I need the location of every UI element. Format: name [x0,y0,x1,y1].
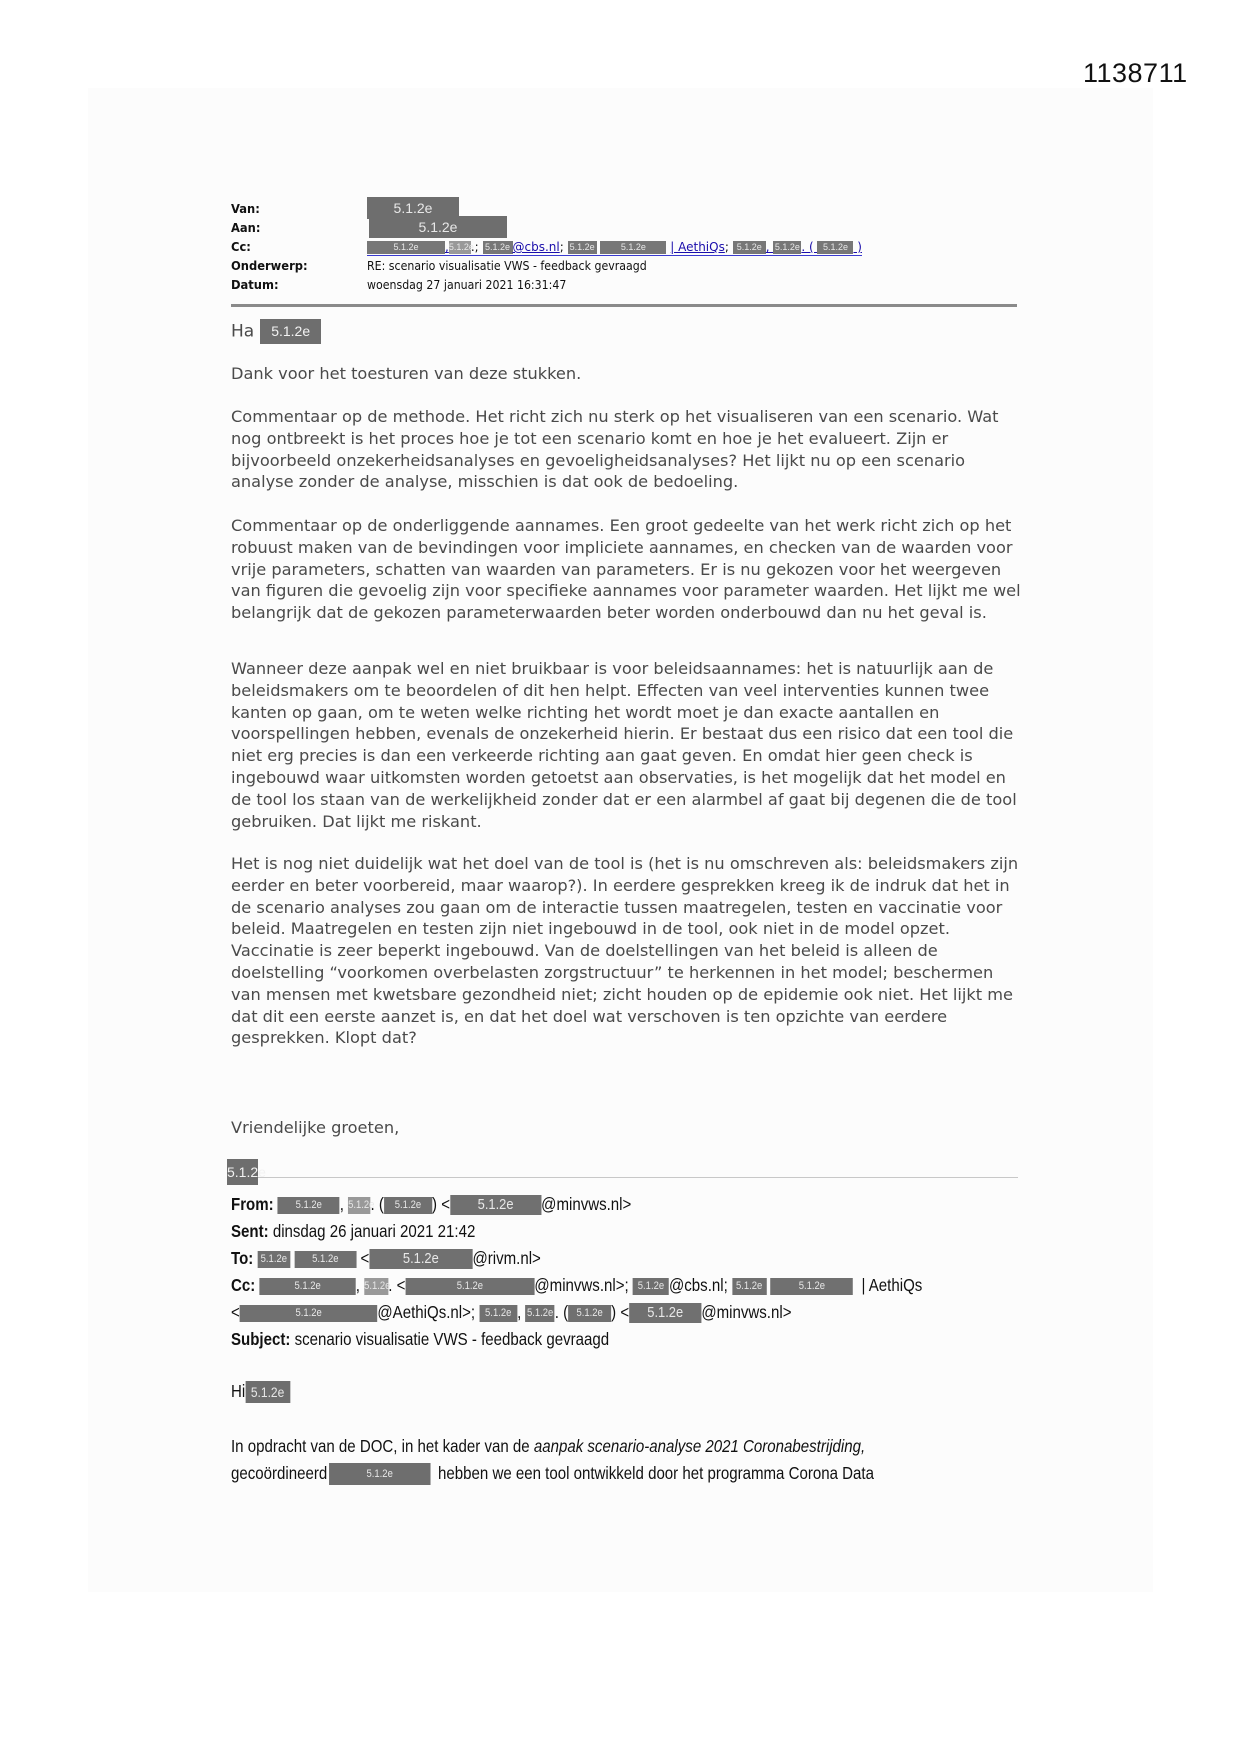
redaction: 5.1.2e [600,241,666,254]
redaction: 5.1.2e [773,241,801,254]
redaction: 5.1.2e [245,1381,290,1403]
redaction: 5.1.2e [450,1195,541,1215]
fwd-body-line-1: In opdracht van de DOC, in het kader van… [231,1433,945,1460]
redaction: 5.1.2e [257,1251,290,1268]
reply-paragraph-usability: Wanneer deze aanpak wel en niet bruikbaa… [231,658,1021,832]
header-separator [231,304,1017,307]
redaction: 5.1.2e [369,1249,472,1269]
redaction: 5.1.2e [633,1278,669,1295]
redaction: 5.1.2e [259,1278,355,1295]
redaction: 5.1.2e [364,1278,388,1295]
redaction: 5.1.2e [294,1251,356,1268]
forwarded-header: From: 5.1.2e, 5.1.2e. (5.1.2e) <5.1.2e@m… [231,1191,1051,1353]
date-label: Datum: [231,275,279,294]
reply-closing: Vriendelijke groeten, [231,1117,1021,1139]
cc-aethiqs[interactable]: | AethiQs [670,240,725,254]
reply-greeting: Ha5.1.2e [231,319,1021,344]
redaction: 5.1.2e [329,1463,430,1485]
redaction: 5.1.2e [568,241,597,254]
redaction: 5.1.2e [260,319,321,344]
reply-paragraph-goal: Het is nog niet duidelijk wat het doel v… [231,853,1021,1049]
fwd-to-email[interactable]: @rivm.nl> [472,1248,540,1268]
redaction: 5.1.2e [771,1278,854,1295]
fwd-subject-row: Subject: scenario visualisatie VWS - fee… [231,1326,936,1353]
redaction: 5.1.2e [483,241,513,254]
fwd-sent-row: Sent: dinsdag 26 januari 2021 21:42 [231,1218,936,1245]
redaction: 5.1.2e [568,1305,611,1322]
fwd-sent-value: dinsdag 26 januari 2021 21:42 [273,1221,476,1241]
redaction: 5.1.2e [732,1278,766,1295]
redaction: 5.1.2e [405,1278,534,1295]
fwd-body-paragraph: In opdracht van de DOC, in het kader van… [231,1433,1061,1487]
redaction: 5.1.2e [817,241,853,254]
from-label: Van: [231,199,260,218]
fwd-cc-continued-row: <5.1.2e@AethiQs.nl>; 5.1.2e, 5.1.2e. (5.… [231,1299,936,1326]
redaction: 5.1.2e [240,1305,378,1322]
fwd-from-row: From: 5.1.2e, 5.1.2e. (5.1.2e) <5.1.2e@m… [231,1191,936,1218]
redaction: 5.1.2e [449,241,471,254]
to-label: Aan: [231,218,260,237]
subject-label: Onderwerp: [231,256,308,275]
signature-separator [258,1177,1018,1178]
redaction: 5.1.2e [629,1303,701,1323]
reply-intro: Dank voor het toesturen van deze stukken… [231,363,1021,385]
redaction: 5.1.2e [525,1305,554,1322]
redaction: 5.1.2e [369,216,507,238]
reply-paragraph-method: Commentaar op de methode. Het richt zich… [231,406,1021,493]
fwd-cc-row: Cc: 5.1.2e, 5.1.2e. <5.1.2e@minvws.nl>; … [231,1272,936,1299]
redaction: 5.1.2e [733,241,766,254]
date-value: woensdag 27 januari 2021 16:31:47 [367,275,566,294]
document-number: 1138711 [1083,58,1188,89]
subject-value: RE: scenario visualisatie VWS - feedback… [367,256,647,275]
scanned-page-area [88,88,1153,1592]
fwd-from-email[interactable]: @minvws.nl> [541,1194,631,1214]
fwd-greeting: Hi5.1.2e [231,1378,1061,1405]
signature-redaction: 5.1.2e [227,1159,258,1185]
fwd-body-line-2: gecoördineerd5.1.2e hebben we een tool o… [231,1460,945,1487]
redaction: 5.1.2e [384,1197,432,1214]
cc-cbs-email[interactable]: @cbs.nl [513,240,560,254]
reply-paragraph-assumptions: Commentaar op de onderliggende aannames.… [231,515,1021,624]
redaction: 5.1.2e [348,1197,370,1214]
redaction: 5.1.2e [278,1197,340,1214]
cc-label: Cc: [231,237,251,256]
redaction: 5.1.2e [479,1305,517,1322]
fwd-to-row: To: 5.1.2e 5.1.2e <5.1.2e@rivm.nl> [231,1245,936,1272]
cc-recipients[interactable]: 5.1.2e,5.1.2e.; 5.1.2e@cbs.nl; 5.1.2e 5.… [367,240,862,256]
redaction: 5.1.2e [367,241,445,254]
fwd-subject-value: scenario visualisatie VWS - feedback gev… [295,1329,610,1349]
